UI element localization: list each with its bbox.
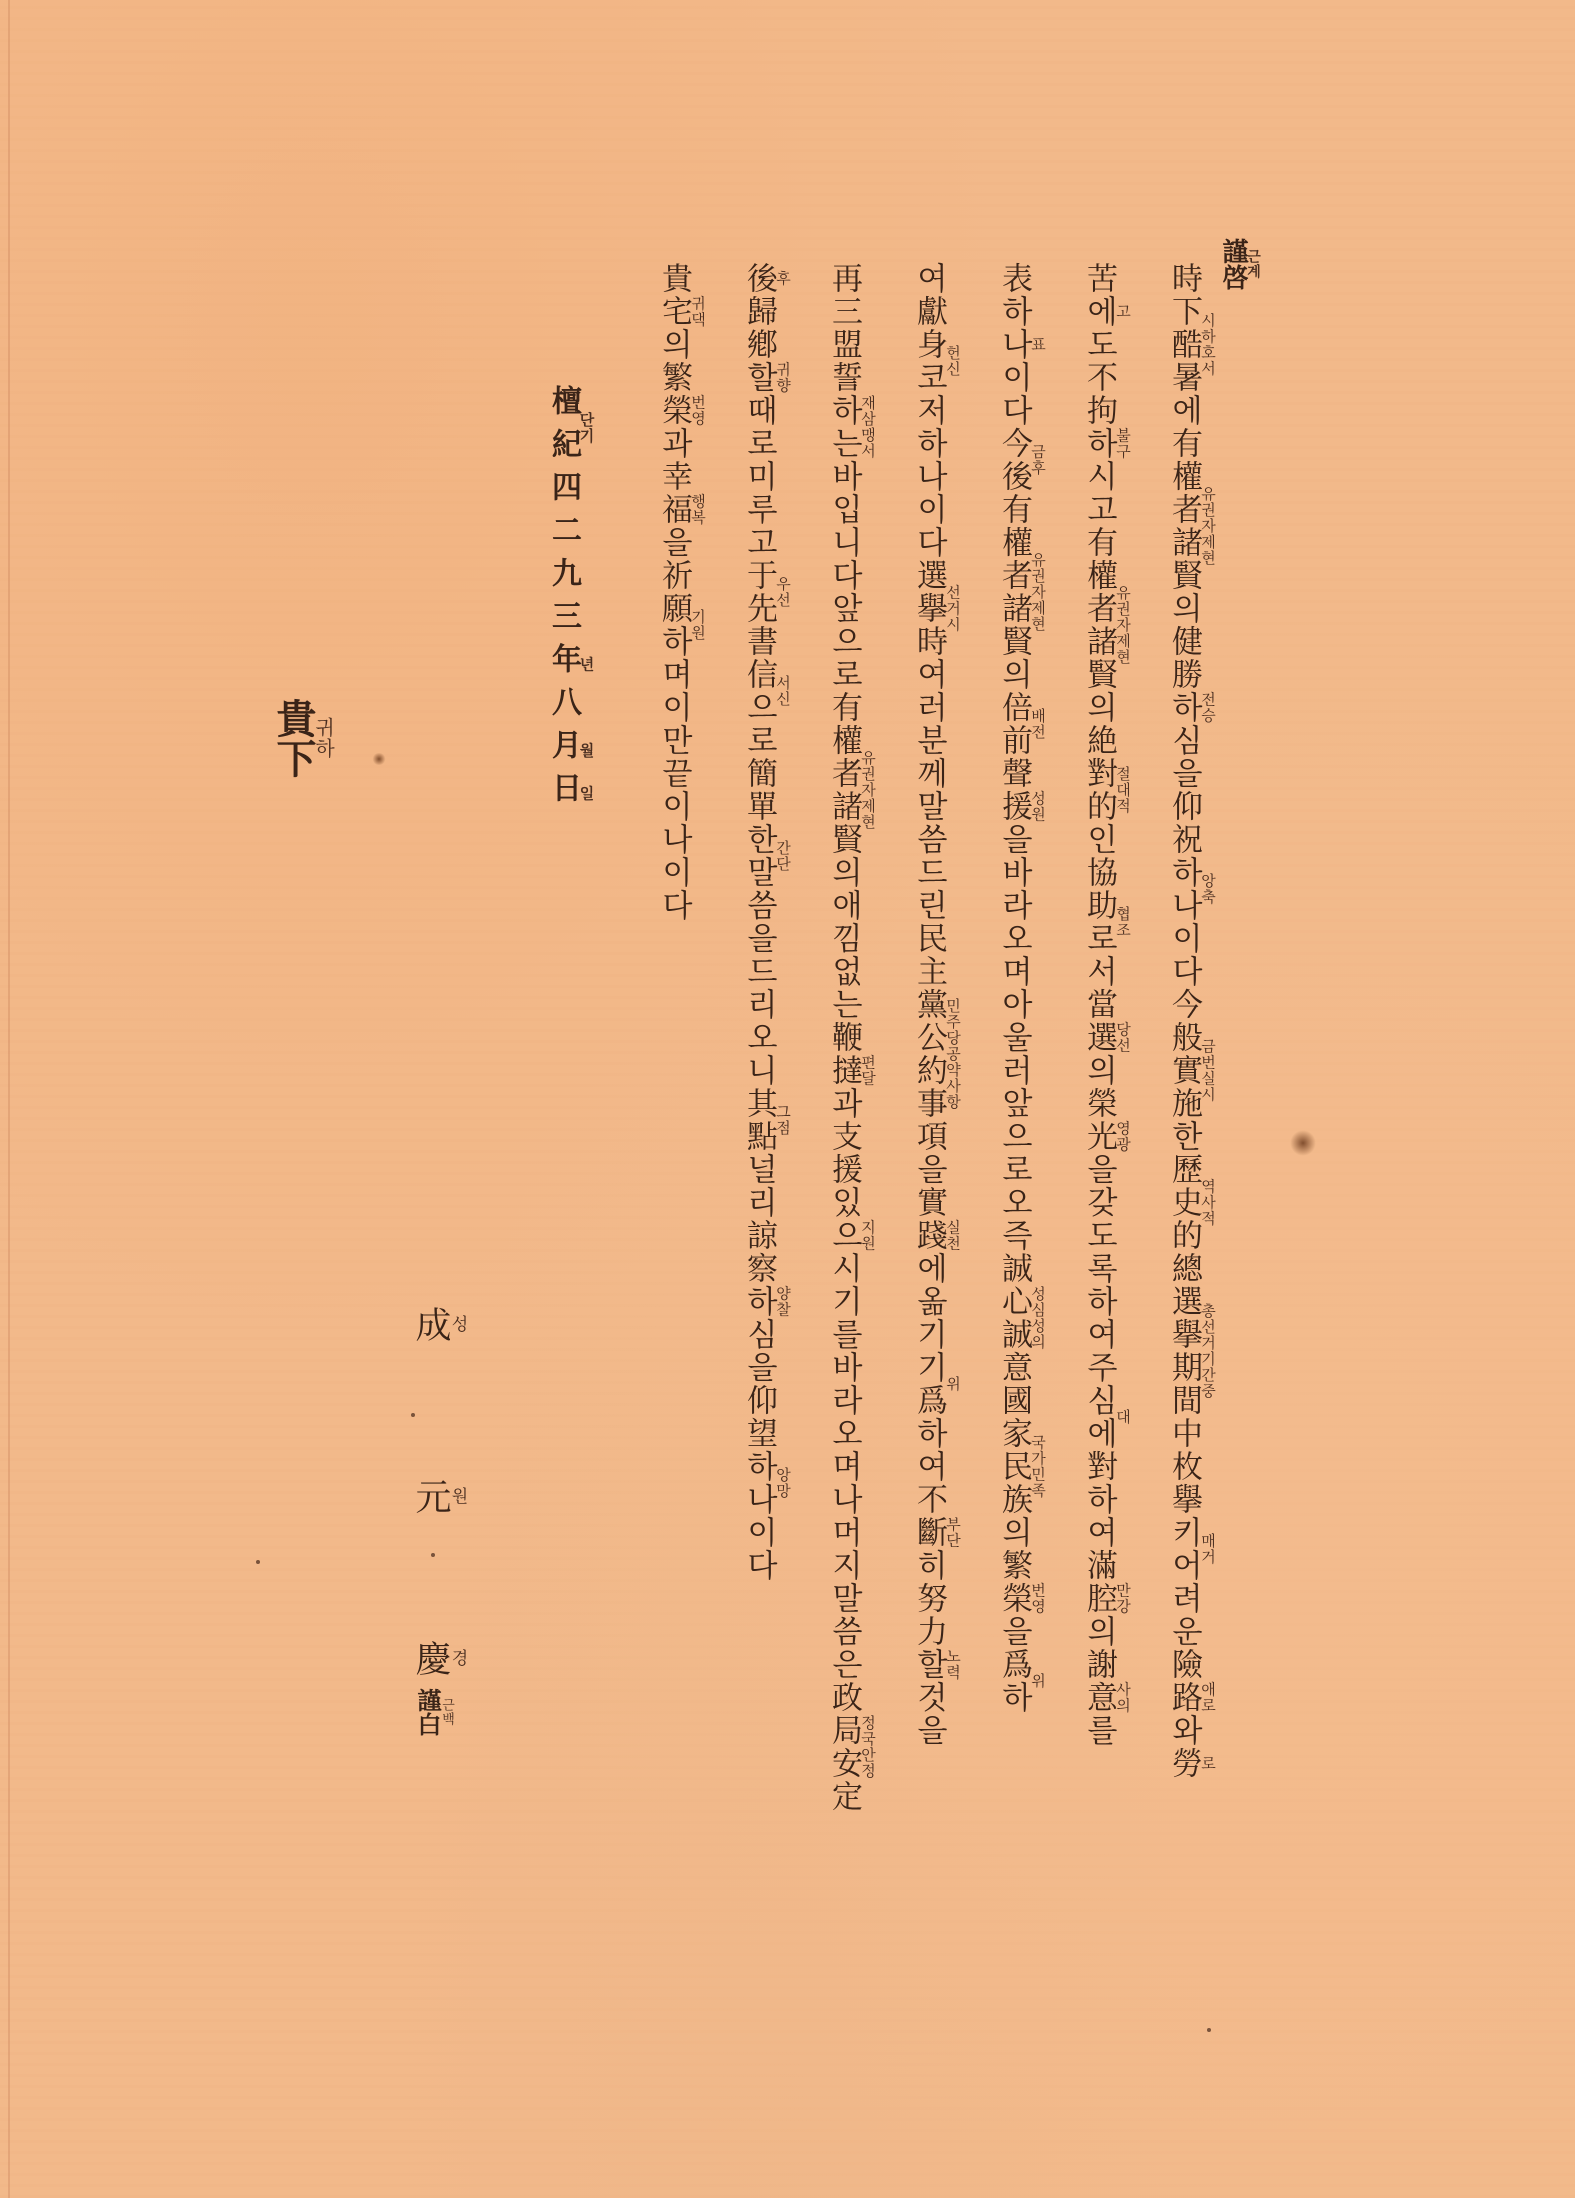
text-segment: 倍前배전 [998, 691, 1046, 757]
text-segment: 誠心誠意성심성의 [998, 1252, 1046, 1384]
signature-char-2: 元원 [412, 1478, 467, 1514]
text-segment: 選擧時선거시 [913, 559, 961, 658]
text-segment: 再三盟誓하는바입니다재삼맹서 [828, 262, 876, 592]
text-segment: 옮기기爲하여위 [913, 1285, 961, 1483]
text-segment: 鞭撻과편달 [828, 1021, 876, 1120]
text-segment: 貴宅의귀댁 [658, 262, 706, 361]
text-segment: 不斷히부단 [913, 1483, 961, 1582]
paper-speck [431, 1553, 435, 1557]
signature-char-1: 成성 [412, 1306, 467, 1342]
text-segment: 仰望하나이다앙망 [743, 1384, 791, 1582]
text-segment: 支援있으시기를지원 [828, 1120, 876, 1351]
text-segment: 獻身코저헌신 [913, 295, 961, 427]
text-segment: 政局安定정국안정 [828, 1681, 876, 1813]
text-segment: 絶對的인절대적 [1083, 724, 1131, 856]
text-segment: 앞으로 [828, 592, 860, 691]
text-segment: 總選擧期間中총선거기간중 [1168, 1252, 1216, 1450]
date-day: 日일 [548, 772, 595, 815]
text-segment: 갖도록 [1083, 1186, 1115, 1285]
text-segment: 하여주심에對하여대 [1083, 1285, 1131, 1549]
text-segment: 榮光을영광 [1083, 1087, 1131, 1186]
text-segment: 今般實施한금번실시 [1168, 988, 1216, 1153]
text-segment: 有權者諸賢의유권자제현 [998, 493, 1046, 691]
text-segment: 하나이다 [913, 427, 945, 559]
paper-speck [256, 1560, 260, 1564]
text-segment: 歷史的역사적 [1168, 1153, 1216, 1252]
text-segment: 繁榮을번영 [998, 1549, 1046, 1648]
text-segment: 미루고 [743, 460, 775, 559]
paper-stain [1290, 1130, 1316, 1156]
letter-heading: 謹啓근계 [1220, 238, 1260, 290]
text-segment: 有權者諸賢의유권자제현 [828, 691, 876, 889]
text-segment: 여 [913, 262, 945, 295]
paper-speck [1207, 2028, 1211, 2032]
text-segment: 協助로서협조 [1083, 856, 1131, 988]
text-segment: 聲援을성원 [998, 757, 1046, 856]
paper-speck [411, 1413, 415, 1417]
text-segment: 有權者諸賢의유권자제현 [1168, 427, 1216, 625]
text-segment: 나머지말씀은 [828, 1483, 860, 1681]
text-segment: 諒察하심을양찰 [743, 1219, 791, 1384]
text-segment: 不拘하시고불구 [1083, 361, 1131, 526]
text-segment: 勞로 [1168, 1747, 1216, 1780]
text-segment: 當選의당선 [1083, 988, 1131, 1087]
date-month: 八 [546, 686, 581, 729]
text-segment: 여러분께 [913, 658, 945, 790]
text-segment: 實踐에실천 [913, 1186, 961, 1285]
text-segment: 謝意를사의 [1083, 1648, 1131, 1747]
letter-column-6: 後후歸鄕할때로귀향미루고于先우선書信으로서신簡單한말씀을간단드리오니其點그점널리… [715, 262, 791, 1582]
text-segment: 오즉 [998, 1186, 1030, 1252]
text-segment: 後후 [743, 262, 791, 295]
text-segment: 健勝하심을전승 [1168, 625, 1216, 790]
text-segment: 널리 [743, 1153, 775, 1219]
text-segment: 其點그점 [743, 1087, 791, 1153]
text-segment: 簡單한말씀을간단 [743, 757, 791, 955]
text-segment: 國家民族의국가민족 [998, 1384, 1046, 1549]
text-segment: 民主黨公約事項을민주당공약사항 [913, 922, 961, 1186]
letter-column-5: 再三盟誓하는바입니다재삼맹서앞으로有權者諸賢의유권자제현애낌없는鞭撻과편달支援있… [800, 262, 876, 1813]
text-segment: 書信으로서신 [743, 625, 791, 757]
text-segment: 努力할것을노력 [913, 1582, 961, 1747]
letter-column-1: 時下酷暑에시하호서有權者諸賢의유권자제현健勝하심을전승仰祝하나이다앙축今般實施한… [1140, 262, 1216, 1780]
letter-column-2: 苦에도고不拘하시고불구有權者諸賢의유권자제현絶對的인절대적協助로서협조當選의당선… [1055, 262, 1131, 1747]
date-year-digits: 四二九三 [546, 471, 581, 643]
text-segment: 歸鄕할때로귀향 [743, 295, 791, 460]
letter-date: 檀紀단기四二九三年년八月월日일 [548, 385, 715, 815]
text-segment: 表하나이다표 [998, 262, 1046, 427]
text-segment: 말씀드린 [913, 790, 945, 922]
ink-blot [372, 753, 386, 765]
text-segment: 有權者諸賢의유권자제현 [1083, 526, 1131, 724]
text-segment: 枚擧키어려운매거 [1168, 1450, 1216, 1648]
text-segment: 바라오며 [998, 856, 1030, 988]
text-segment: 애낌없는 [828, 889, 860, 1021]
paper-edge [8, 0, 10, 2198]
text-segment: 于先우선 [743, 559, 791, 625]
text-segment: 爲하위 [998, 1648, 1046, 1714]
text-segment: 드리오니 [743, 955, 775, 1087]
text-segment: 今後금후 [998, 427, 1046, 493]
letter-column-3: 表하나이다표今後금후有權者諸賢의유권자제현倍前배전聲援을성원바라오며아울러앞으로… [970, 262, 1046, 1714]
text-segment: 滿腔의만강 [1083, 1549, 1131, 1648]
signature-char-3: 慶경 [412, 1640, 467, 1676]
text-segment: 苦에도고 [1083, 262, 1131, 361]
text-segment: 아울러앞으로 [998, 988, 1030, 1186]
text-segment: 險路와애로 [1168, 1648, 1216, 1747]
text-segment: 時下酷暑에시하호서 [1168, 262, 1216, 427]
text-segment: 仰祝하나이다앙축 [1168, 790, 1216, 988]
letter-column-4: 여獻身코저헌신하나이다選擧時선거시여러분께말씀드린民主黨公約事項을민주당공약사항… [885, 262, 961, 1747]
text-segment: 바라오며 [828, 1351, 860, 1483]
addressee: 貴下귀하 [272, 698, 334, 778]
signature-closing: 謹白근백 [415, 1688, 454, 1736]
